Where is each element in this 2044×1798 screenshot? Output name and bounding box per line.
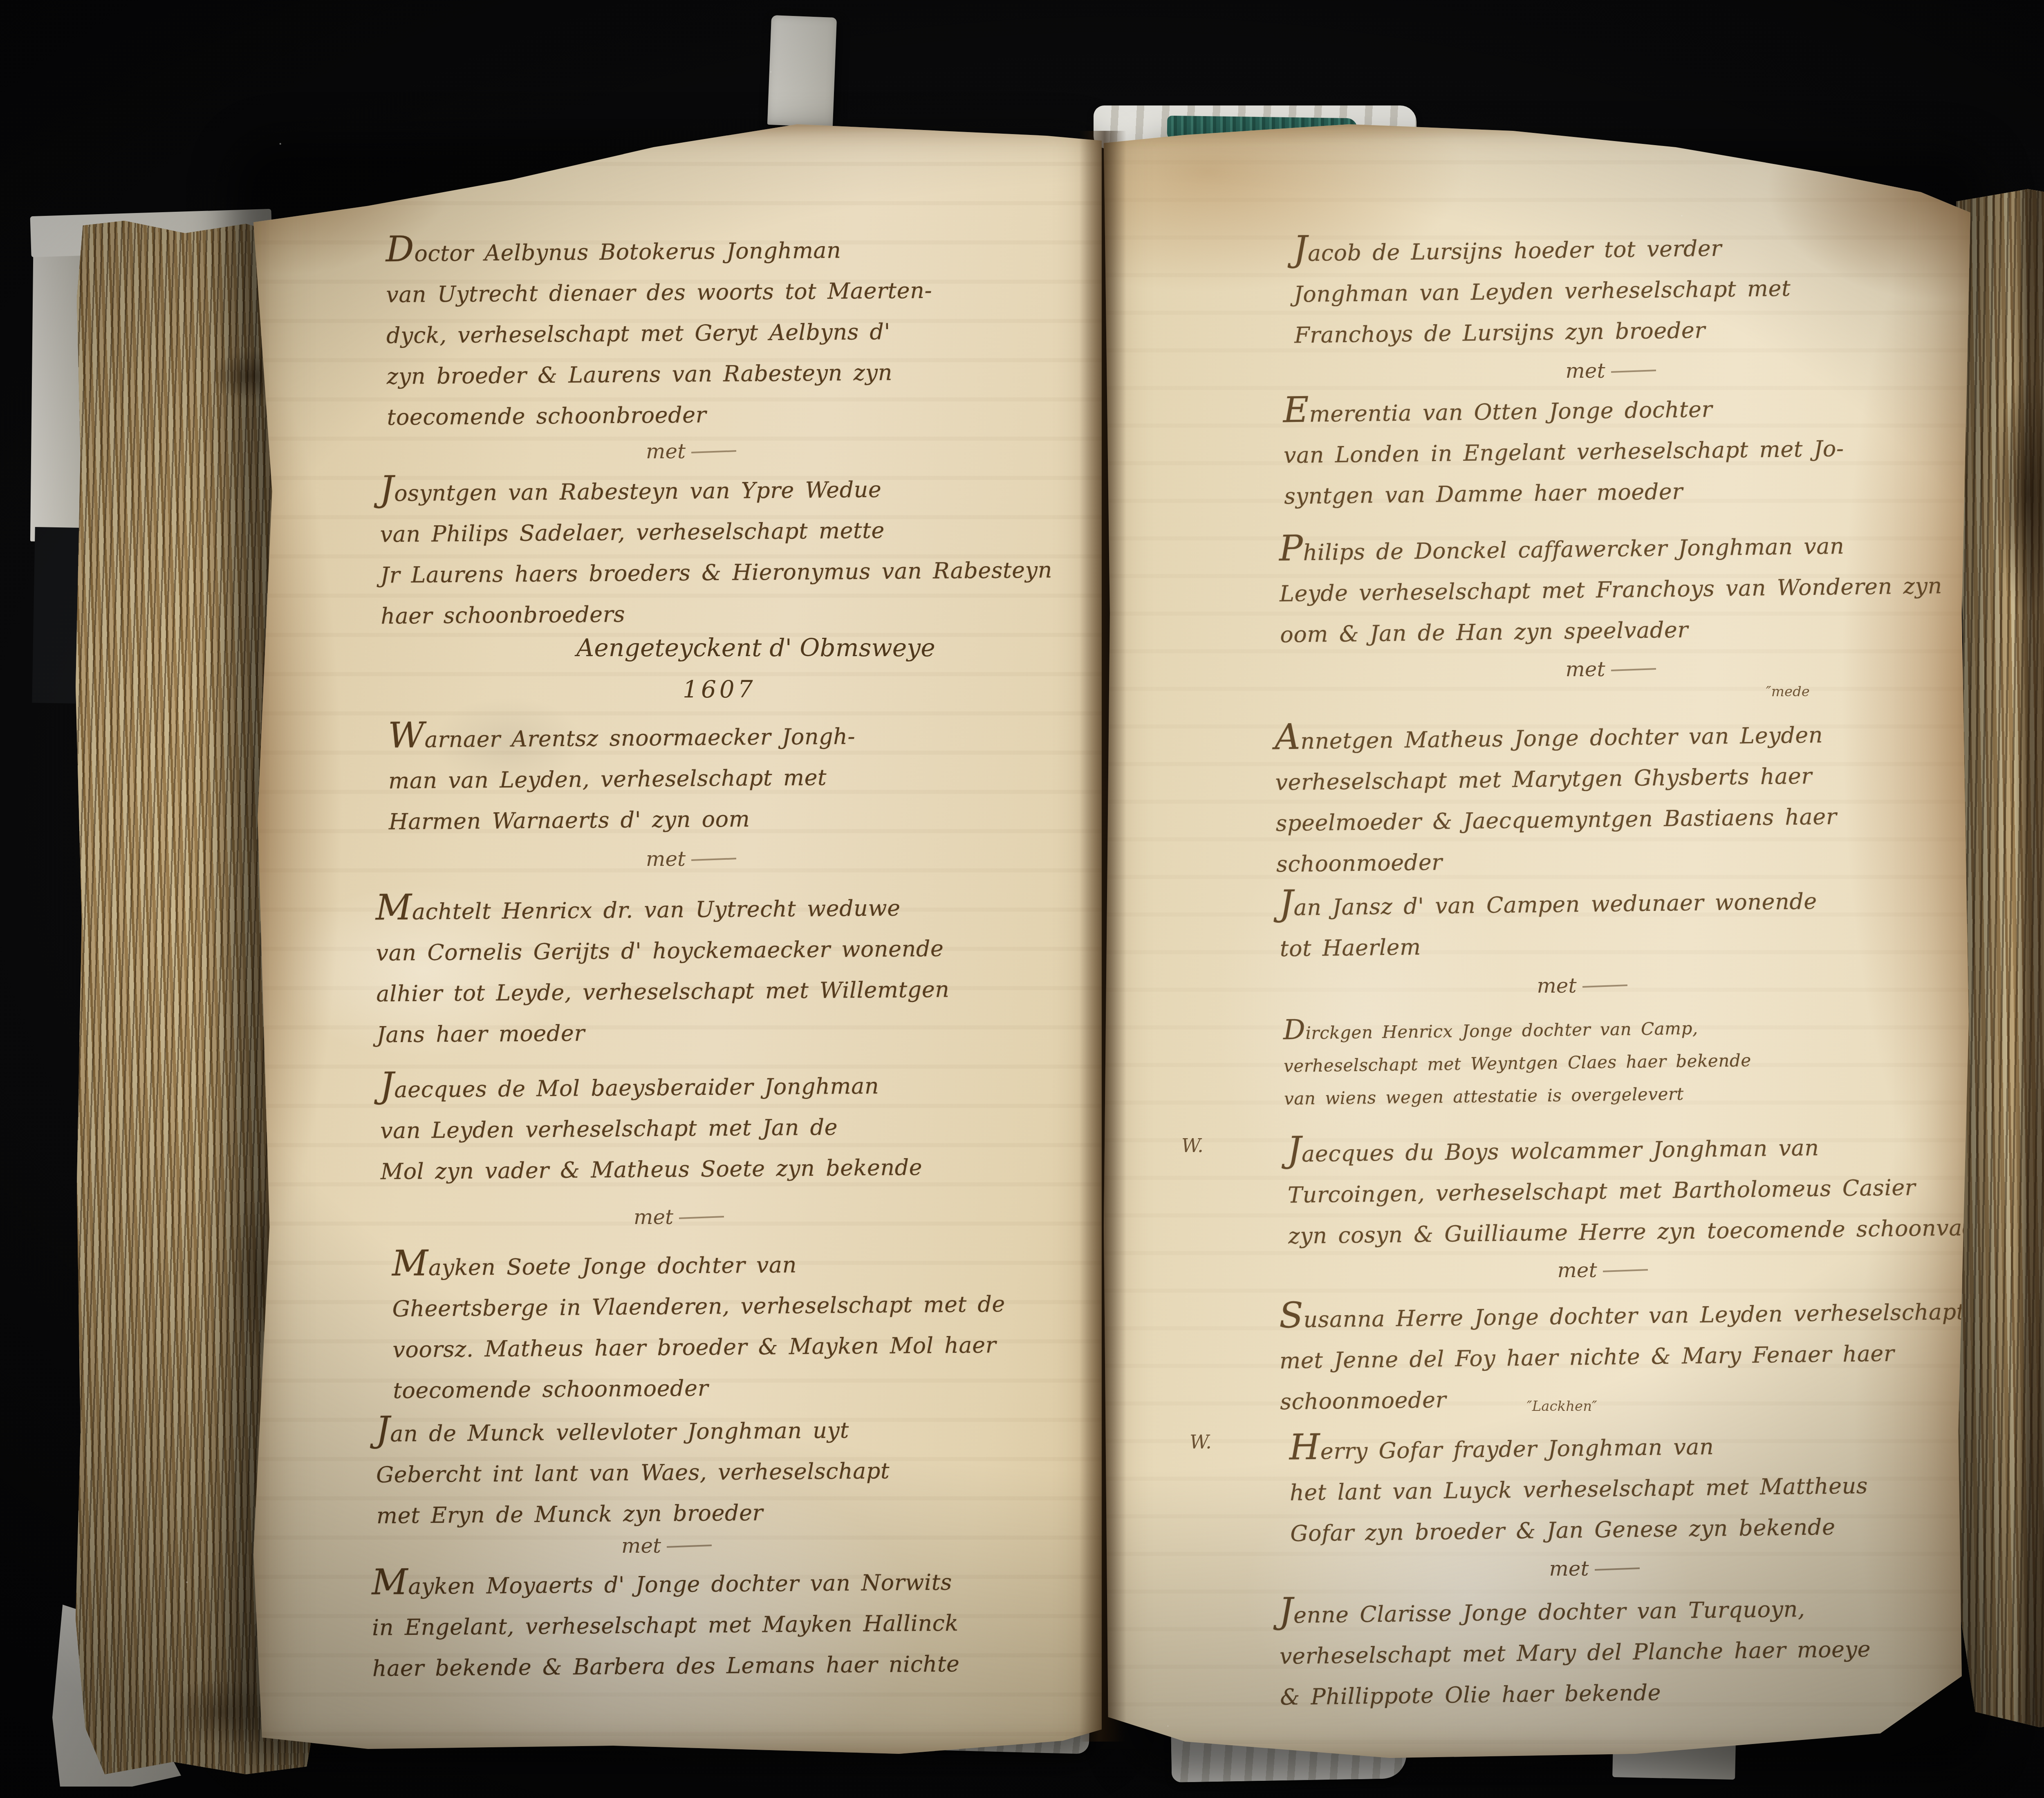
manuscript-photo-scene: Doctor Aelbynus Botokerus Jonghmanvan Uy… — [0, 0, 2044, 1798]
register-entry: Josyntgen van Rabesteyn van Ypre Wedueva… — [379, 464, 1053, 637]
separator-met: met — [621, 1534, 711, 1558]
register-entry: Susanna Herre Jonge dochter van Leyden v… — [1279, 1287, 1967, 1422]
separator-met: met — [1562, 657, 1660, 681]
section-heading: Aengeteyckent d' Obmsweye — [576, 634, 935, 662]
separator-met: met — [1553, 1258, 1652, 1282]
separator-met: met — [1533, 974, 1631, 998]
margin-mark-w: W. — [1190, 1431, 1212, 1453]
separator-met: met — [1545, 1557, 1643, 1581]
bookmark-tab[interactable] — [767, 15, 837, 127]
register-entry: Herry Gofar frayder Jonghman vanhet lant… — [1289, 1420, 1869, 1554]
register-entry: Jan de Munck vellevloter Jonghman uytGeb… — [376, 1405, 890, 1536]
separator-met: met — [634, 1205, 724, 1229]
register-entry: Jaecques de Mol baeysberaider Jonghmanva… — [380, 1061, 923, 1192]
black-cloth-cover-left — [32, 527, 81, 704]
register-entry: Doctor Aelbynus Botokerus Jonghmanvan Uy… — [385, 225, 933, 438]
separator-met: met — [1562, 359, 1660, 383]
separator-met: met — [646, 439, 736, 463]
register-entry: Philips de Donckel caffawercker Jonghman… — [1279, 520, 1943, 655]
year-label: 1607 — [683, 675, 756, 703]
register-entry: Mayken Soete Jonge dochter vanGheertsber… — [392, 1238, 1006, 1411]
margin-mark-w: W. — [1181, 1134, 1204, 1157]
register-entry: Machtelt Henricx dr. van Uytrecht weduwe… — [375, 883, 950, 1056]
register-entry: Annetgen Matheus Jonge dochter van Leyde… — [1275, 710, 1838, 885]
register-entry: Emerentia van Otten Jonge dochtervan Lon… — [1283, 383, 1845, 517]
right-page[interactable]: 142 Jacob de Lursijns hoeder tot verderJ… — [1104, 123, 1970, 1758]
book-gutter-shadow — [1079, 131, 1126, 1742]
superscript-lackhen: ″Lackhen″ — [1527, 1398, 1597, 1415]
superscript-mede: ″mede — [1766, 684, 1810, 700]
parchment-cover-left-side — [30, 222, 85, 542]
register-entry: Warnaer Arentsz snoormaecker Jongh-man v… — [388, 712, 856, 843]
register-entry: Jacob de Lursijns hoeder tot verderJongh… — [1293, 223, 1791, 356]
left-page[interactable]: Doctor Aelbynus Botokerus Jonghmanvan Uy… — [253, 123, 1102, 1754]
register-entry: Jenne Clarisse Jonge dochter van Turquoy… — [1279, 1583, 1871, 1718]
register-entry: Dirckgen Henricx Jonge dochter van Camp,… — [1283, 1008, 1752, 1115]
register-entry: Mayken Moyaerts d' Jonge dochter van Nor… — [372, 1557, 960, 1689]
register-entry: Jan Jansz d' van Campen wedunaer wonende… — [1279, 877, 1818, 969]
register-entry: Jaecques du Boys wolcammer Jonghman vanT… — [1287, 1121, 2001, 1256]
separator-met: met — [646, 847, 736, 871]
